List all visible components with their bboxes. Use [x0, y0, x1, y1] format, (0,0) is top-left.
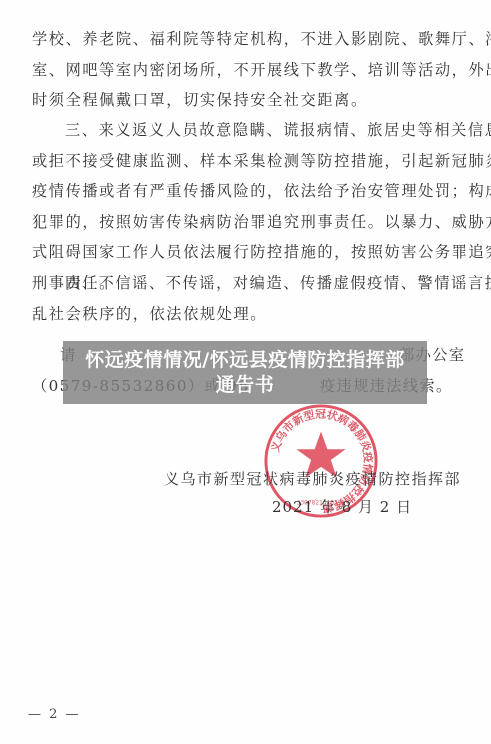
overlay-title: 怀远疫情情况/怀远县疫情防控指挥部通告书 — [80, 348, 410, 398]
text-line: 式阻碍国家工作人员依法履行防控措施的，按照妨害公务罪追究 — [32, 237, 464, 268]
text-line: 四、不信谣、不传谣，对编造、传播虚假疫情、警情谣言扰 — [32, 268, 464, 299]
page-number: — 2 — — [28, 707, 81, 722]
text-line: 或拒不接受健康监测、样本采集检测等防控措施，引起新冠肺炎 — [32, 146, 464, 177]
title-overlay-banner: 怀远疫情情况/怀远县疫情防控指挥部通告书 — [63, 341, 427, 404]
text-line: 时须全程佩戴口罩，切实保持安全社交距离。 — [32, 85, 464, 116]
text-line: 乱社会秩序的，依法依规处理。 — [32, 299, 464, 330]
paragraph-section-four: 四、不信谣、不传谣，对编造、传播虚假疫情、警情谣言扰 乱社会秩序的，依法依规处理… — [32, 268, 464, 329]
paragraph-restrictions: 学校、养老院、福利院等特定机构，不进入影剧院、歌舞厅、浴 室、网吧等室内密闭场所… — [32, 24, 464, 116]
signature-date: 2021 年 8 月 2 日 — [272, 496, 412, 517]
text-line: 疫情传播或者有严重传播风险的，依法给予治安管理处罚；构成 — [32, 176, 464, 207]
text-line: 室、网吧等室内密闭场所，不开展线下教学、培训等活动，外出 — [32, 55, 464, 86]
text-line: 学校、养老院、福利院等特定机构，不进入影剧院、歌舞厅、浴 — [32, 24, 464, 55]
text-line: 三、来义返义人员故意隐瞒、谎报病情、旅居史等相关信息， — [32, 115, 464, 146]
signature-organization: 义乌市新型冠状病毒肺炎疫情防控指挥部 — [164, 468, 461, 489]
text-line: 犯罪的，按照妨害传染病防治罪追究刑事责任。以暴力、威胁方 — [32, 207, 464, 238]
